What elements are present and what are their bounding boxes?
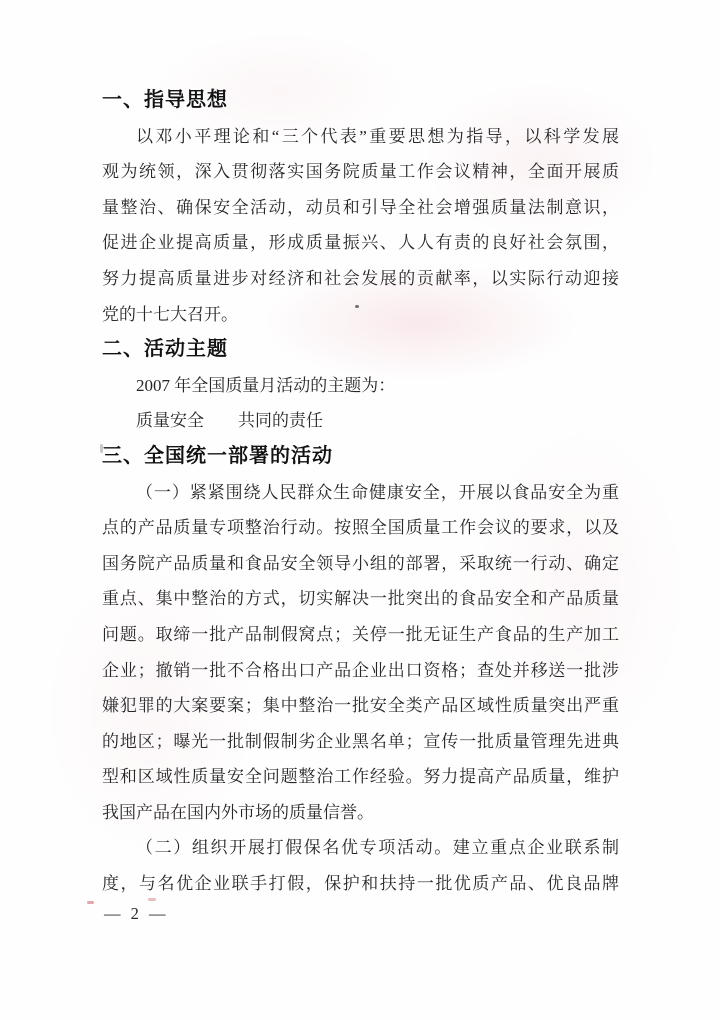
text-line: 2007 年全国质量月活动的主题为： [102,368,619,404]
text-line: 重点、集中整治的方式，切实解决一批突出的食品安全和产品质量 [102,581,619,617]
text-line: 问题。取缔一批产品制假窝点；关停一批无证生产食品的生产加工 [102,617,619,653]
text-line: 以邓小平理论和“三个代表”重要思想为指导，以科学发展 [102,119,619,155]
scanned-document-page: 一、指导思想以邓小平理论和“三个代表”重要思想为指导，以科学发展观为统领，深入贯… [0,0,720,1020]
section-heading: 二、活动主题 [102,332,619,368]
text-line: 促进企业提高质量，形成质量振兴、人人有责的良好社会氛围， [102,225,619,261]
text-line: （二）组织开展打假保名优专项活动。建立重点企业联系制 [102,830,619,866]
text-line: 质量安全 共同的责任 [102,403,619,439]
page-number: — 2 — [104,899,169,929]
text-line: 型和区域性质量安全问题整治工作经验。努力提高产品质量，维护 [102,759,619,795]
text-line: 的地区；曝光一批制假制劣企业黑名单；宣传一批质量管理先进典 [102,724,619,760]
text-line: 量整治、确保安全活动，动员和引导全社会增强质量法制意识， [102,190,619,226]
text-line: 点的产品质量专项整治行动。按照全国质量工作会议的要求，以及 [102,510,619,546]
text-line: 度，与名优企业联手打假，保护和扶持一批优质产品、优良品牌 [102,866,619,902]
document-lines: 一、指导思想以邓小平理论和“三个代表”重要思想为指导，以科学发展观为统领，深入贯… [102,83,619,902]
text-line: 企业；撤销一批不合格出口产品企业出口资格；查处并移送一批涉 [102,653,619,689]
section-heading: 三、全国统一部署的活动 [102,439,619,475]
text-line: 国务院产品质量和食品安全领导小组的部署，采取统一行动、确定 [102,546,619,582]
text-line: 我国产品在国内外市场的质量信誉。 [102,795,619,831]
text-line: 努力提高质量进步对经济和社会发展的贡献率，以实际行动迎接 [102,261,619,297]
red-ink-speck [87,901,94,904]
text-line: 党的十七大召开。 [102,297,619,333]
section-heading: 一、指导思想 [102,83,619,119]
text-line: （一）紧紧围绕人民群众生命健康安全，开展以食品安全为重 [102,475,619,511]
text-line: 观为统领，深入贯彻落实国务院质量工作会议精神，全面开展质 [102,154,619,190]
text-line: 嫌犯罪的大案要案；集中整治一批安全类产品区域性质量突出严重 [102,688,619,724]
